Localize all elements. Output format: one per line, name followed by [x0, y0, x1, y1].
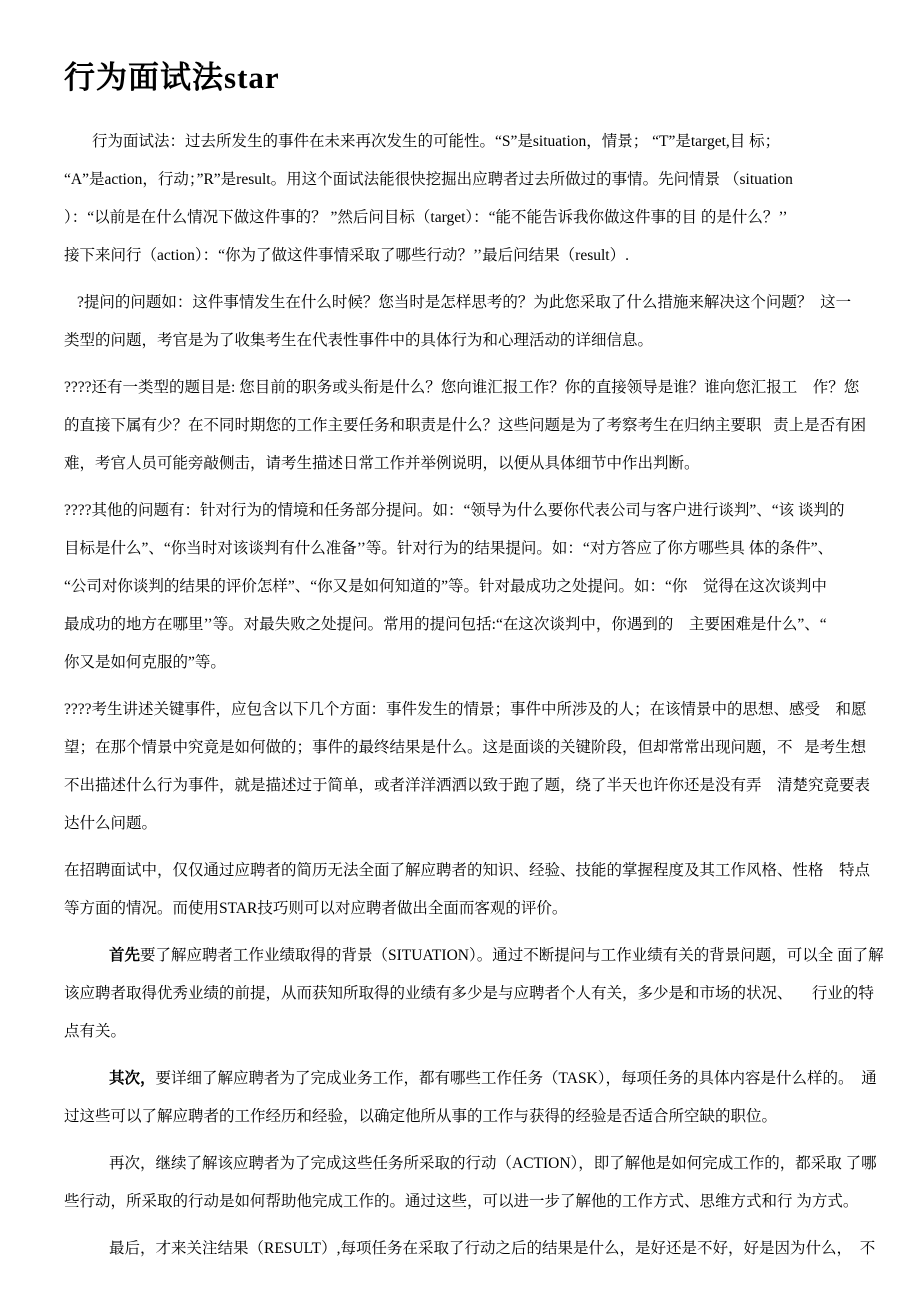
paragraph-7-line-2: 该应聘者取得优秀业绩的前提，从而获知所取得的业绩有多少是与应聘者个人有关，多少是…	[64, 975, 856, 1013]
paragraph-3: ????还有一类型的题目是: 您目前的职务或头衔是什么？您向谁汇报工作？你的直接…	[64, 369, 856, 483]
paragraph-4-line-2: 目标是什么”、“你当时对该谈判有什么准备’’等。针对行为的结果提问。如：“对方答…	[64, 530, 856, 568]
paragraph-2: ?提问的问题如：这件事情发生在什么时候？您当时是怎样思考的？为此您采取了什么措施…	[64, 284, 856, 360]
paragraph-5-line-3: 不出描述什么行为事件，就是描述过于简单，或者洋洋洒洒以致于跑了题，绕了半天也许你…	[64, 767, 856, 805]
paragraph-1-line-4: 接下来问行（action）：“你为了做这件事情采取了哪些行动？’’最后问结果（r…	[64, 237, 856, 275]
paragraph-6-line-2: 等方面的情况。而使用STAR技巧则可以对应聘者做出全面而客观的评价。	[64, 890, 856, 928]
paragraph-1: 行为面试法：过去所发生的事件在未来再次发生的可能性。“S”是situation，…	[64, 123, 856, 275]
paragraph-2-line-2: 类型的问题，考官是为了收集考生在代表性事件中的具体行为和心理活动的详细信息。	[64, 322, 856, 360]
paragraph-9-line-2: 些行动，所采取的行动是如何帮助他完成工作的。通过这些，可以进一步了解他的工作方式…	[64, 1183, 856, 1221]
paragraph-4-line-4: 最成功的地方在哪里’’等。对最失败之处提问。常用的提问包括:“在这次谈判中，你遇…	[64, 606, 856, 644]
paragraph-5-line-1: ????考生讲述关键事件，应包含以下几个方面：事件发生的情景；事件中所涉及的人；…	[64, 691, 856, 729]
paragraph-8-line-2: 过这些可以了解应聘者的工作经历和经验，以确定他所从事的工作与获得的经验是否适合所…	[64, 1098, 856, 1136]
paragraph-5-line-2: 望；在那个情景中究竟是如何做的；事件的最终结果是什么。这是面谈的关键阶段，但却常…	[64, 729, 856, 767]
paragraph-8: 其次，要详细了解应聘者为了完成业务工作，都有哪些工作任务（TASK），每项任务的…	[64, 1060, 856, 1136]
paragraph-5: ????考生讲述关键事件，应包含以下几个方面：事件发生的情景；事件中所涉及的人；…	[64, 691, 856, 843]
paragraph-6: 在招聘面试中，仅仅通过应聘者的简历无法全面了解应聘者的知识、经验、技能的掌握程度…	[64, 852, 856, 928]
paragraph-4-line-3: “公司对你谈判的结果的评价怎样”、“你又是如何知道的”等。针对最成功之处提问。如…	[64, 568, 856, 606]
paragraph-10: 最后，才来关注结果（RESULT）,每项任务在采取了行动之后的结果是什么，是好还…	[64, 1230, 856, 1268]
paragraph-7-line-1: 首先要了解应聘者工作业绩取得的背景（SITUATION）。通过不断提问与工作业绩…	[64, 937, 856, 975]
paragraph-4-line-1: ????其他的问题有：针对行为的情境和任务部分提问。如：“领导为什么要你代表公司…	[64, 492, 856, 530]
paragraph-1-line-2: “A”是action，行动；”R”是result。用这个面试法能很快挖掘出应聘者…	[64, 161, 856, 199]
paragraph-8-line-1: 其次，要详细了解应聘者为了完成业务工作，都有哪些工作任务（TASK），每项任务的…	[64, 1060, 856, 1098]
paragraph-7: 首先要了解应聘者工作业绩取得的背景（SITUATION）。通过不断提问与工作业绩…	[64, 937, 856, 1051]
paragraph-7-line-3: 点有关。	[64, 1013, 856, 1051]
paragraph-4-line-5: 你又是如何克服的”等。	[64, 644, 856, 682]
paragraph-5-line-4: 达什么问题。	[64, 805, 856, 843]
paragraph-1-line-3: ）：“以前是在什么情况下做这件事的？ ”然后问目标（target）：“能不能告诉…	[64, 199, 856, 237]
paragraph-4: ????其他的问题有：针对行为的情境和任务部分提问。如：“领导为什么要你代表公司…	[64, 492, 856, 682]
paragraph-3-line-3: 难，考官人员可能旁敲侧击，请考生描述日常工作并举例说明，以便从具体细节中作出判断…	[64, 445, 856, 483]
document-page: 行为面试法star 行为面试法：过去所发生的事件在未来再次发生的可能性。“S”是…	[0, 0, 920, 1302]
document-title: 行为面试法star	[64, 52, 856, 97]
paragraph-2-line-1: ?提问的问题如：这件事情发生在什么时候？您当时是怎样思考的？为此您采取了什么措施…	[64, 284, 856, 322]
paragraph-3-line-2: 的直接下属有少？在不同时期您的工作主要任务和职责是什么？这些问题是为了考察考生在…	[64, 407, 856, 445]
paragraph-1-line-1: 行为面试法：过去所发生的事件在未来再次发生的可能性。“S”是situation，…	[64, 123, 856, 161]
paragraph-3-line-1: ????还有一类型的题目是: 您目前的职务或头衔是什么？您向谁汇报工作？你的直接…	[64, 369, 856, 407]
paragraph-9: 再次，继续了解该应聘者为了完成这些任务所采取的行动（ACTION），即了解他是如…	[64, 1145, 856, 1221]
paragraph-10-line-1: 最后，才来关注结果（RESULT）,每项任务在采取了行动之后的结果是什么，是好还…	[64, 1230, 856, 1268]
document-body: 行为面试法：过去所发生的事件在未来再次发生的可能性。“S”是situation，…	[64, 123, 856, 1268]
paragraph-9-line-1: 再次，继续了解该应聘者为了完成这些任务所采取的行动（ACTION），即了解他是如…	[64, 1145, 856, 1183]
paragraph-6-line-1: 在招聘面试中，仅仅通过应聘者的简历无法全面了解应聘者的知识、经验、技能的掌握程度…	[64, 852, 856, 890]
